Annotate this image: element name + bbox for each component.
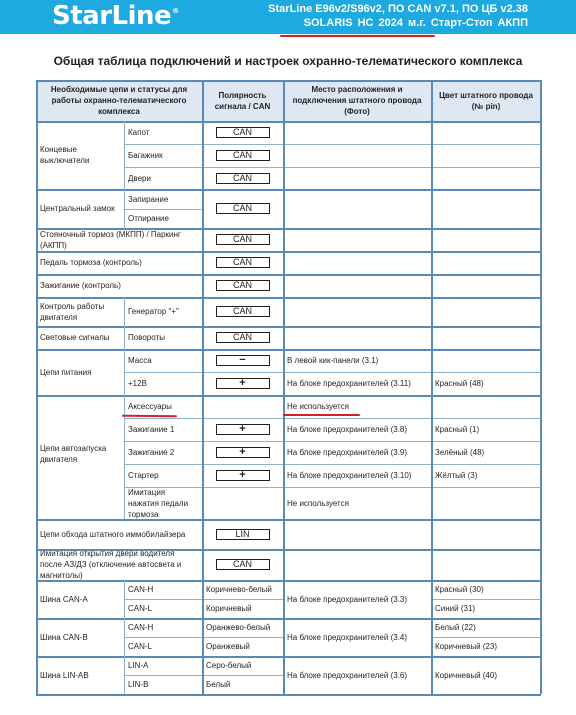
- grid-line: [36, 80, 541, 82]
- can-badge: CAN: [216, 332, 270, 343]
- location-ignition-2: На блоке предохранителей (3.9): [283, 441, 431, 464]
- grid-line: [124, 209, 202, 210]
- grid-line: [36, 228, 541, 230]
- wire-can-a-h: Коричнево-белый: [202, 580, 283, 599]
- grid-line: [124, 167, 541, 168]
- annotation-underline-vehicle: [280, 35, 435, 37]
- location-can-a: На блоке предохранителей (3.3): [283, 580, 431, 618]
- grid-line: [431, 80, 433, 694]
- plus-icon: +: [216, 424, 270, 435]
- group-central-lock: Центральный замок: [36, 189, 124, 228]
- device-firmware-info: StarLine E96v2/S96v2, ПО CAN v7.1, ПО ЦБ…: [268, 3, 528, 15]
- row-brake-pedal: Педаль тормоза (контроль): [36, 251, 202, 274]
- polarity-ignition-1: +: [202, 418, 283, 441]
- row-doors: Двери: [124, 167, 202, 189]
- row-can-b-h: CAN-H: [124, 618, 202, 637]
- brand-header: StarLine® StarLine E96v2/S96v2, ПО CAN v…: [0, 0, 576, 34]
- column-header-circuits: Необходимые цепи и статусы для работы ох…: [36, 80, 202, 121]
- grid-line: [124, 441, 541, 442]
- grid-line: [36, 121, 541, 123]
- group-can-b: Шина CAN-B: [36, 618, 124, 656]
- grid-line: [124, 372, 541, 373]
- group-engine-control: Контроль работы двигателя: [36, 297, 124, 326]
- grid-line: [36, 189, 541, 191]
- grid-line: [540, 80, 542, 694]
- color-ignition-2: Зелёный (48): [431, 441, 541, 464]
- wire-can-b-h: Оранжево-белый: [202, 618, 283, 637]
- row-immobilizer: Цепи обхода штатного иммобилайзера: [36, 519, 202, 549]
- can-badge: CAN: [216, 173, 270, 184]
- can-badge: CAN: [216, 280, 270, 291]
- grid-line: [124, 464, 541, 465]
- grid-line: [36, 580, 541, 582]
- grid-line: [202, 80, 204, 694]
- location-starter: На блоке предохранителей (3.10): [283, 464, 431, 487]
- row-lock: Запирание: [124, 189, 202, 209]
- location-12v: На блоке предохранителей (3.11): [283, 372, 431, 395]
- grid-line: [124, 675, 283, 676]
- grid-line: [431, 599, 541, 600]
- row-ground: Масса: [124, 349, 202, 372]
- polarity-turn-signals: CAN: [202, 326, 283, 349]
- grid-line: [36, 326, 541, 328]
- polarity-generator: CAN: [202, 297, 283, 326]
- row-can-a-h: CAN-H: [124, 580, 202, 599]
- grid-line: [36, 618, 541, 620]
- polarity-brake-pedal: CAN: [202, 251, 283, 274]
- grid-line: [36, 251, 541, 253]
- row-trunk: Багажник: [124, 144, 202, 167]
- can-badge: CAN: [216, 203, 270, 214]
- grid-line: [36, 519, 541, 521]
- grid-line: [36, 694, 541, 696]
- grid-line: [124, 121, 125, 228]
- lin-badge: LIN: [216, 529, 270, 540]
- group-autostart: Цепи автозапуска двигателя: [36, 395, 124, 512]
- color-can-b-h: Белый (22): [431, 618, 541, 637]
- row-brake-imitation: Имитация нажатия педали тормоза: [124, 487, 202, 519]
- grid-line: [36, 349, 541, 351]
- starline-logo: StarLine®: [52, 1, 179, 31]
- group-power: Цепи питания: [36, 349, 124, 395]
- grid-line: [124, 487, 541, 488]
- color-can-b-l: Коричневый (23): [431, 637, 541, 656]
- row-ignition-1: Зажигание 1: [124, 418, 202, 441]
- row-turn-signals: Повороты: [124, 326, 202, 349]
- polarity-central-lock: CAN: [202, 189, 283, 228]
- grid-line: [124, 599, 283, 600]
- polarity-hood: CAN: [202, 121, 283, 144]
- annotation-underline-not-used: [283, 414, 360, 416]
- plus-icon: +: [216, 470, 270, 481]
- grid-line: [124, 418, 541, 419]
- grid-line: [283, 80, 285, 694]
- row-can-a-l: CAN-L: [124, 599, 202, 618]
- grid-line: [124, 637, 283, 638]
- grid-line: [124, 297, 125, 519]
- plus-icon: +: [216, 447, 270, 458]
- wire-lin-b: Белый: [202, 675, 283, 694]
- row-door-imitation: Имитация открытия двери водителя после А…: [36, 549, 202, 580]
- polarity-parking-brake: CAN: [202, 228, 283, 251]
- location-brake-imitation: Не используется: [283, 487, 431, 519]
- polarity-doors: CAN: [202, 167, 283, 189]
- color-ignition-1: Красный (1): [431, 418, 541, 441]
- grid-line: [36, 395, 541, 397]
- row-12v: +12В: [124, 372, 202, 395]
- grid-line: [124, 580, 125, 694]
- connections-table: Необходимые цепи и статусы для работы ох…: [36, 80, 541, 695]
- column-header-wire-color: Цвет штатного провода (№ pin): [431, 80, 541, 121]
- can-badge: CAN: [216, 306, 270, 317]
- grid-line: [36, 297, 541, 299]
- can-badge: CAN: [216, 150, 270, 161]
- row-ignition-2: Зажигание 2: [124, 441, 202, 464]
- vehicle-info: SOLARIS HC 2024 м.г. Старт-Стоп АКПП: [304, 17, 528, 29]
- grid-line: [124, 144, 541, 145]
- color-can-a-h: Красный (30): [431, 580, 541, 599]
- minus-icon: −: [216, 355, 270, 366]
- group-light-signals: Световые сигналы: [36, 326, 124, 349]
- row-lin-a: LIN-A: [124, 656, 202, 675]
- polarity-starter: +: [202, 464, 283, 487]
- can-badge: CAN: [216, 559, 270, 570]
- color-12v: Красный (48): [431, 372, 541, 395]
- row-starter: Стартер: [124, 464, 202, 487]
- row-ignition-control: Зажигание (контроль): [36, 274, 202, 297]
- wire-can-b-l: Оранжевый: [202, 637, 283, 656]
- color-starter: Жёлтый (3): [431, 464, 541, 487]
- row-hood: Капот: [124, 121, 202, 144]
- group-limit-switches: Концевые выключатели: [36, 121, 124, 189]
- grid-line: [36, 656, 541, 658]
- column-header-location: Место расположения и подключения штатног…: [283, 80, 431, 121]
- can-badge: CAN: [216, 257, 270, 268]
- grid-line: [36, 274, 541, 276]
- polarity-ignition-control: CAN: [202, 274, 283, 297]
- grid-line: [36, 549, 541, 551]
- group-can-a: Шина CAN-A: [36, 580, 124, 618]
- grid-line: [431, 637, 541, 638]
- polarity-12v: +: [202, 372, 283, 395]
- location-can-b: На блоке предохранителей (3.4): [283, 618, 431, 656]
- wire-lin-a: Серо-белый: [202, 656, 283, 675]
- column-header-polarity: Полярность сигнала / CAN: [202, 80, 283, 121]
- row-lin-b: LIN-B: [124, 675, 202, 694]
- polarity-ignition-2: +: [202, 441, 283, 464]
- wire-can-a-l: Коричневый: [202, 599, 283, 618]
- row-unlock: Отпирание: [124, 209, 202, 228]
- can-badge: CAN: [216, 127, 270, 138]
- grid-line: [36, 80, 38, 694]
- location-ground: В левой кик-панели (3.1): [283, 349, 431, 372]
- can-badge: CAN: [216, 234, 270, 245]
- plus-icon: +: [216, 378, 270, 389]
- row-can-b-l: CAN-L: [124, 637, 202, 656]
- row-parking-brake: Стояночный тормоз (МКПП) / Паркинг (АКПП…: [36, 228, 202, 251]
- document-title: Общая таблица подключений и настроек охр…: [0, 54, 576, 68]
- group-lin-ab: Шина LIN-AB: [36, 656, 124, 694]
- polarity-immobilizer: LIN: [202, 519, 283, 549]
- color-lin-ab: Коричневый (40): [431, 656, 541, 694]
- row-generator: Генератор "+": [124, 297, 202, 326]
- polarity-trunk: CAN: [202, 144, 283, 167]
- location-ignition-1: На блоке предохранителей (3.8): [283, 418, 431, 441]
- location-lin-ab: На блоке предохранителей (3.6): [283, 656, 431, 694]
- polarity-door-imitation: CAN: [202, 549, 283, 580]
- polarity-ground: −: [202, 349, 283, 372]
- color-can-a-l: Синий (31): [431, 599, 541, 618]
